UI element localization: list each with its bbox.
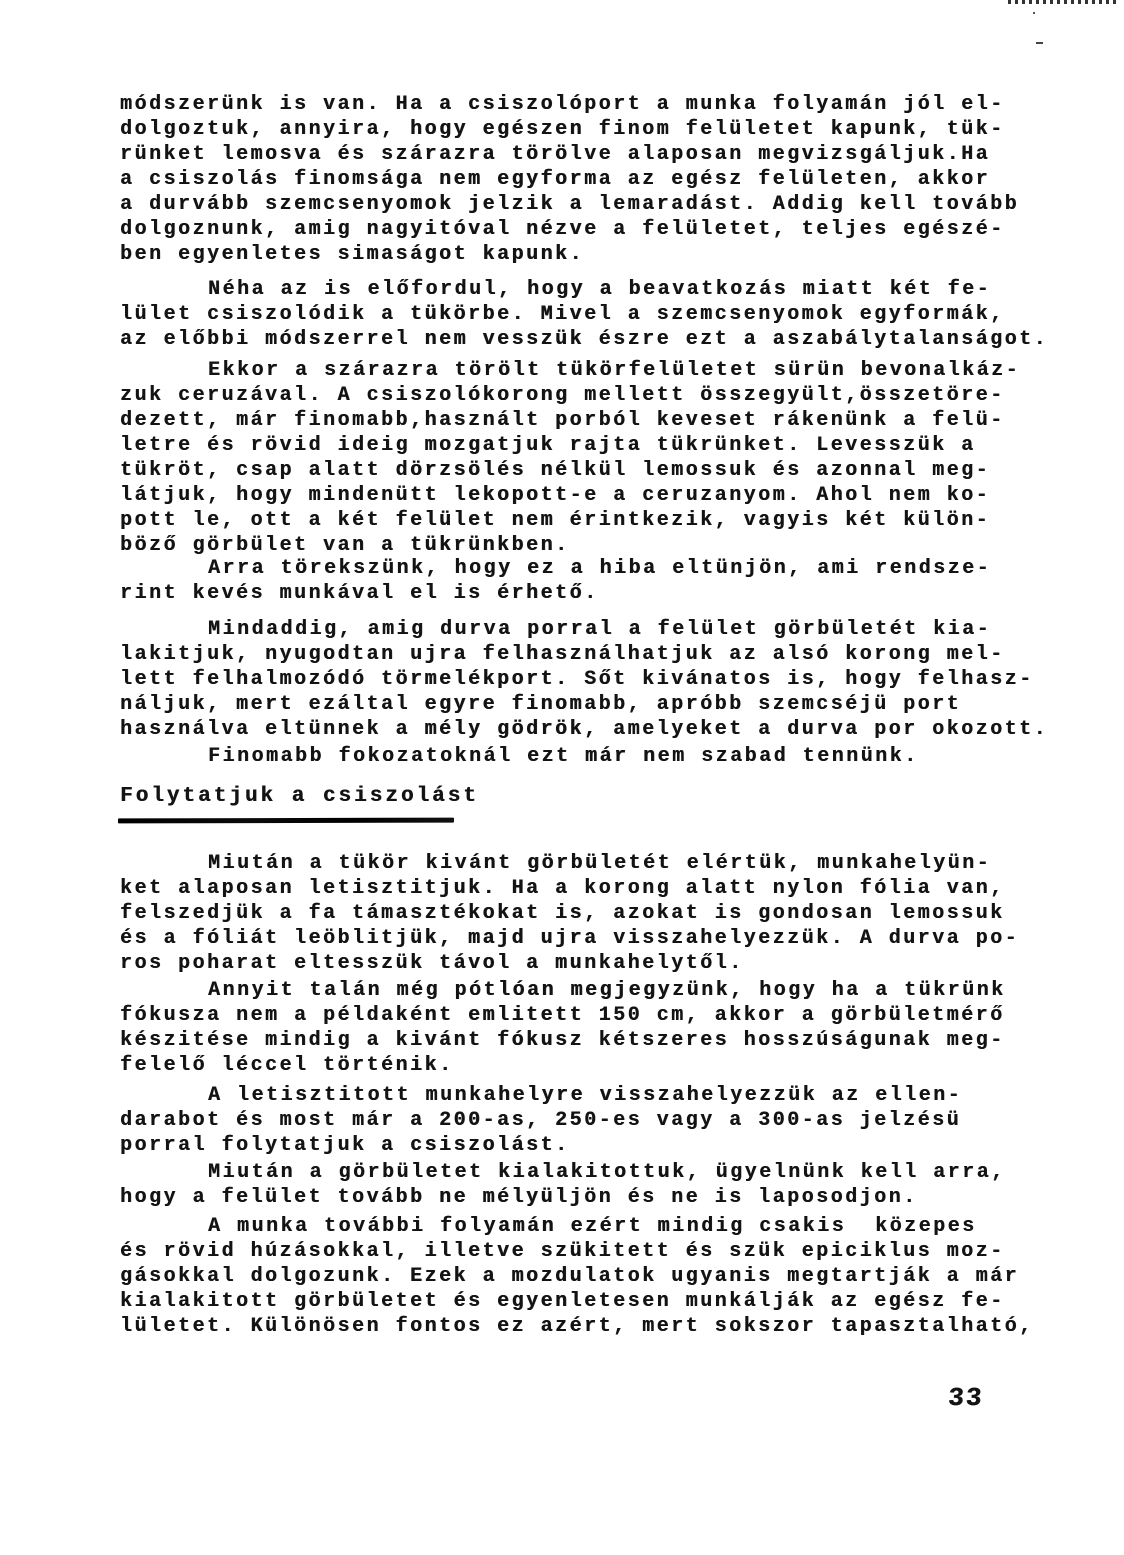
paragraph-4: Arra törekszünk, hogy ez a hiba eltünjön…	[120, 556, 1060, 606]
section-heading: Folytatjuk a csiszolást	[120, 785, 479, 808]
scan-noise-artifact	[1033, 12, 1035, 14]
paragraph-10: Miután a görbületet kialakitottuk, ügyel…	[120, 1160, 1060, 1210]
paragraph-9: A letisztitott munkahelyre visszahelyezz…	[120, 1083, 1060, 1158]
scanned-document-page: módszerünk is van. Ha a csiszolóport a m…	[0, 0, 1124, 1555]
paragraph-11: A munka további folyamán ezért mindig cs…	[120, 1214, 1060, 1339]
paragraph-7: Miután a tükör kivánt görbületét elértük…	[120, 851, 1060, 976]
page-number: 33	[947, 1383, 984, 1413]
paragraph-1: módszerünk is van. Ha a csiszolóport a m…	[120, 92, 1060, 267]
scan-noise-artifact	[1008, 0, 1120, 4]
scan-noise-artifact	[1036, 42, 1043, 44]
paragraph-3: Ekkor a szárazra törölt tükörfelületet s…	[120, 358, 1060, 558]
paragraph-8: Annyit talán még pótlóan megjegyzünk, ho…	[120, 978, 1060, 1078]
paragraph-5: Mindaddig, amig durva porral a felület g…	[120, 617, 1060, 742]
paragraph-6: Finomabb fokozatoknál ezt már nem szabad…	[120, 744, 1060, 769]
heading-underline	[118, 818, 454, 824]
paragraph-2: Néha az is előfordul, hogy a beavatkozás…	[120, 277, 1060, 352]
